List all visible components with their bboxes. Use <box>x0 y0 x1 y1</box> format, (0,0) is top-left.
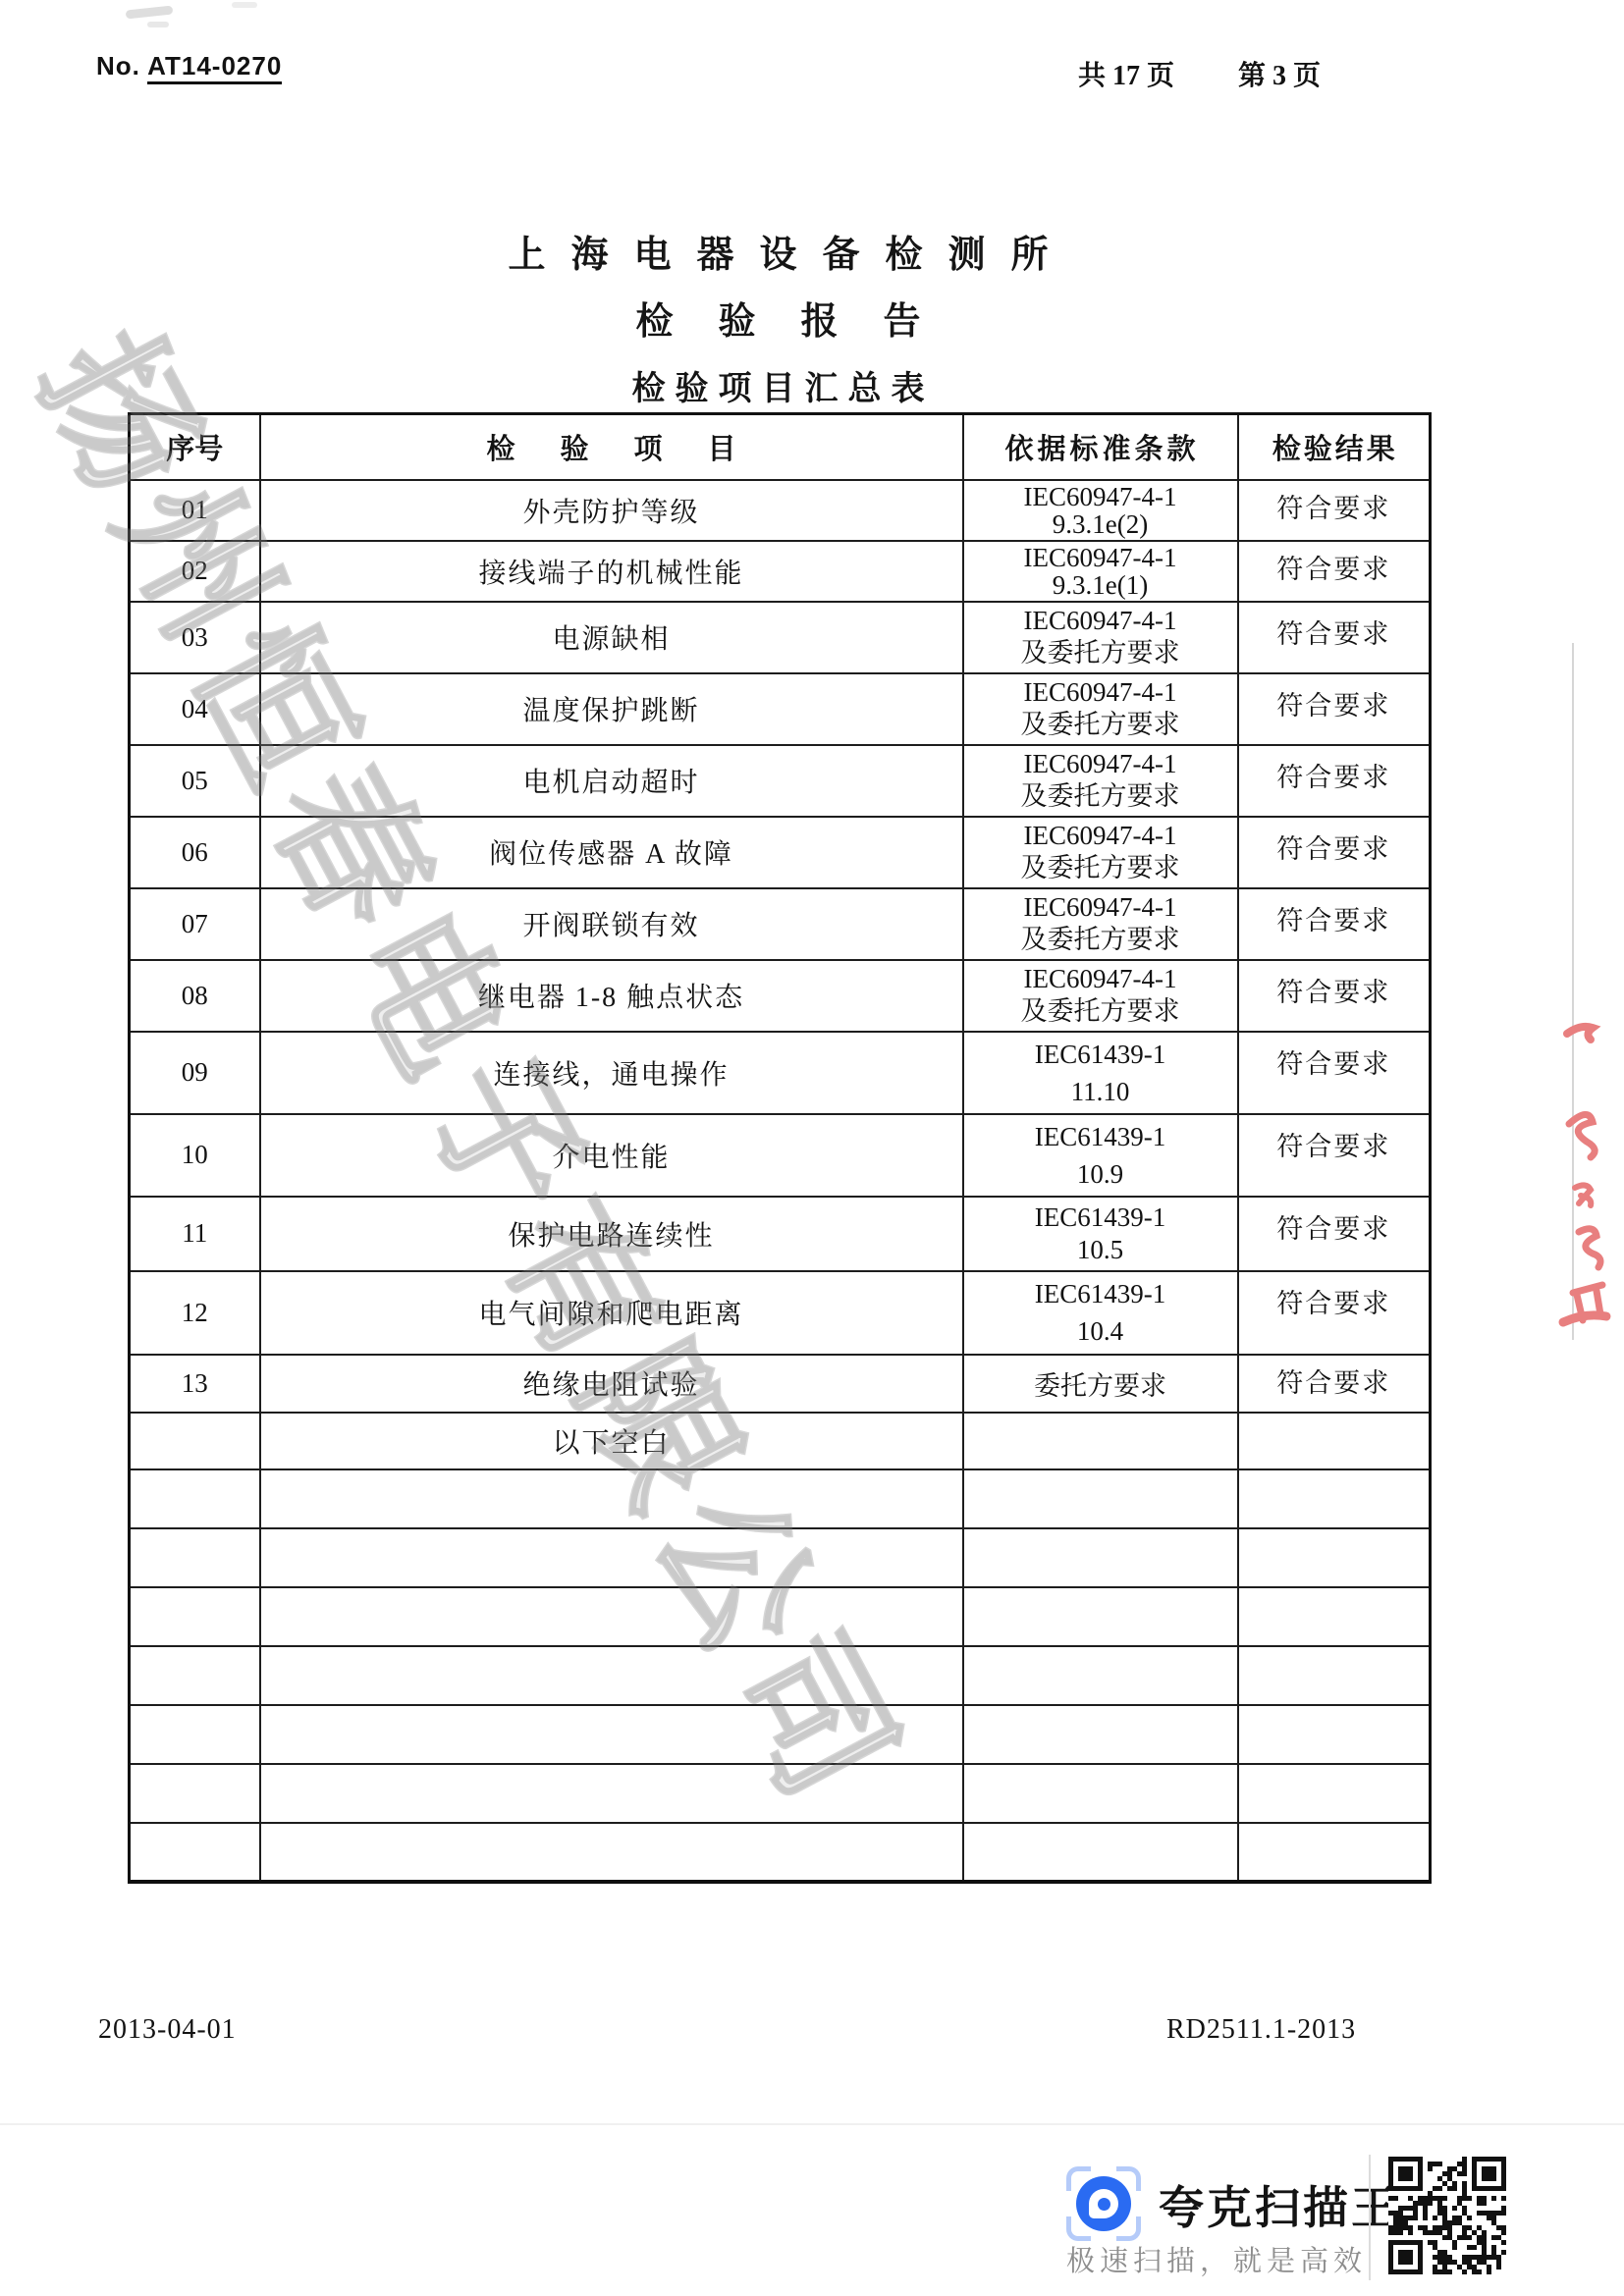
cell-standard: IEC60947-4-19.3.1e(2) <box>963 480 1238 541</box>
quark-logo-dot-icon <box>1098 2198 1110 2211</box>
scanner-app-name: 夸克扫描王 <box>1159 2172 1399 2237</box>
header-item: 检验项目 <box>260 414 963 480</box>
table-row: 04温度保护跳断IEC60947-4-1及委托方要求符合要求 <box>130 673 1431 745</box>
cell-no: 02 <box>130 541 260 602</box>
cell-standard: IEC60947-4-1及委托方要求 <box>963 745 1238 817</box>
cell-result: 符合要求 <box>1238 673 1431 745</box>
current-page: 第 3 页 <box>1238 54 1321 93</box>
table-header-row: 序号 检验项目 依据标准条款 检验结果 <box>130 414 1431 480</box>
cell-standard: IEC60947-4-1及委托方要求 <box>963 960 1238 1032</box>
cell-standard: IEC60947-4-1及委托方要求 <box>963 602 1238 673</box>
scanned-report-page: No. AT14-0270 共 17 页 第 3 页 上海电器设备检测所 检验报… <box>0 0 1624 2296</box>
cell-standard: IEC61439-111.10 <box>963 1032 1238 1114</box>
cell-result: 符合要求 <box>1238 817 1431 888</box>
cell-no <box>130 1413 260 1469</box>
cell-result: 符合要求 <box>1238 745 1431 817</box>
scanner-slogan: 极速扫描，就是高效 <box>1066 2239 1367 2279</box>
scan-artifact <box>232 2 257 8</box>
quark-logo-circle-icon <box>1076 2176 1131 2231</box>
scan-artifact <box>147 22 169 27</box>
cell-no <box>130 1823 260 1882</box>
cell-item: 阀位传感器 A 故障 <box>260 817 963 888</box>
cell-result <box>1238 1528 1431 1587</box>
cell-item <box>260 1705 963 1764</box>
cell-standard <box>963 1705 1238 1764</box>
cell-standard: IEC61439-110.4 <box>963 1271 1238 1355</box>
cell-no: 01 <box>130 480 260 541</box>
cell-standard: 委托方要求 <box>963 1355 1238 1413</box>
table-row <box>130 1823 1431 1882</box>
cell-no <box>130 1587 260 1646</box>
cell-item: 保护电路连续性 <box>260 1197 963 1271</box>
header-standard: 依据标准条款 <box>963 414 1238 480</box>
report-date: 2013-04-01 <box>98 2014 237 2046</box>
cell-no: 13 <box>130 1355 260 1413</box>
cell-result: 符合要求 <box>1238 888 1431 960</box>
table-row: 12电气间隙和爬电距离IEC61439-110.4符合要求 <box>130 1271 1431 1355</box>
cell-standard <box>963 1764 1238 1823</box>
cell-item: 继电器 1-8 触点状态 <box>260 960 963 1032</box>
report-number: No. AT14-0270 <box>96 51 282 81</box>
cell-no: 05 <box>130 745 260 817</box>
cell-standard: IEC61439-110.9 <box>963 1114 1238 1197</box>
inspection-summary-table: 序号 检验项目 依据标准条款 检验结果 01外壳防护等级IEC60947-4-1… <box>128 412 1432 1884</box>
cell-result <box>1238 1823 1431 1882</box>
cell-standard: IEC61439-110.5 <box>963 1197 1238 1271</box>
qr-code-icon <box>1388 2157 1506 2274</box>
cell-standard: IEC60947-4-1及委托方要求 <box>963 817 1238 888</box>
table-title: 检验项目汇总表 <box>128 361 1429 409</box>
table-row: 09连接线，通电操作IEC61439-111.10符合要求 <box>130 1032 1431 1114</box>
table-row: 08继电器 1-8 触点状态IEC60947-4-1及委托方要求符合要求 <box>130 960 1431 1032</box>
cell-item: 电气间隙和爬电距离 <box>260 1271 963 1355</box>
cell-result: 符合要求 <box>1238 1114 1431 1197</box>
handwritten-red-marks <box>1549 1006 1624 1330</box>
cell-result <box>1238 1764 1431 1823</box>
cell-item <box>260 1469 963 1528</box>
cell-standard: IEC60947-4-19.3.1e(1) <box>963 541 1238 602</box>
cell-no <box>130 1528 260 1587</box>
total-pages: 共 17 页 <box>1078 54 1174 93</box>
table-row: 03电源缺相IEC60947-4-1及委托方要求符合要求 <box>130 602 1431 673</box>
cell-no: 03 <box>130 602 260 673</box>
cell-item: 以下空白 <box>260 1413 963 1469</box>
cell-item <box>260 1587 963 1646</box>
table-row <box>130 1646 1431 1705</box>
footer-divider <box>1369 2155 1371 2280</box>
cell-standard <box>963 1528 1238 1587</box>
cell-result: 符合要求 <box>1238 1355 1431 1413</box>
table-row <box>130 1764 1431 1823</box>
cell-item <box>260 1646 963 1705</box>
document-code: RD2511.1-2013 <box>1166 2014 1356 2046</box>
table-row: 13绝缘电阻试验委托方要求符合要求 <box>130 1355 1431 1413</box>
cell-item: 接线端子的机械性能 <box>260 541 963 602</box>
cell-standard: IEC60947-4-1及委托方要求 <box>963 673 1238 745</box>
cell-result <box>1238 1587 1431 1646</box>
scan-artifact <box>126 6 174 20</box>
scanner-logo-icon <box>1066 2166 1141 2241</box>
cell-item: 外壳防护等级 <box>260 480 963 541</box>
cell-no <box>130 1469 260 1528</box>
cell-result: 符合要求 <box>1238 541 1431 602</box>
cell-standard <box>963 1469 1238 1528</box>
table-row: 05电机启动超时IEC60947-4-1及委托方要求符合要求 <box>130 745 1431 817</box>
cell-item: 开阀联锁有效 <box>260 888 963 960</box>
cell-no: 04 <box>130 673 260 745</box>
cell-standard <box>963 1823 1238 1882</box>
cell-standard <box>963 1587 1238 1646</box>
header-no: 序号 <box>130 414 260 480</box>
table-row: 01外壳防护等级IEC60947-4-19.3.1e(2)符合要求 <box>130 480 1431 541</box>
title-block: 上海电器设备检测所 检验报告 检验项目汇总表 <box>128 224 1429 409</box>
cell-standard <box>963 1646 1238 1705</box>
report-number-value: AT14-0270 <box>147 51 282 84</box>
cell-result: 符合要求 <box>1238 1197 1431 1271</box>
cell-result <box>1238 1413 1431 1469</box>
table-row: 10介电性能IEC61439-110.9符合要求 <box>130 1114 1431 1197</box>
table-row: 06阀位传感器 A 故障IEC60947-4-1及委托方要求符合要求 <box>130 817 1431 888</box>
table-row: 07开阀联锁有效IEC60947-4-1及委托方要求符合要求 <box>130 888 1431 960</box>
cell-no: 11 <box>130 1197 260 1271</box>
cell-no: 08 <box>130 960 260 1032</box>
cell-result <box>1238 1469 1431 1528</box>
table-row: 02接线端子的机械性能IEC60947-4-19.3.1e(1)符合要求 <box>130 541 1431 602</box>
cell-item <box>260 1764 963 1823</box>
table-row <box>130 1587 1431 1646</box>
cell-no: 06 <box>130 817 260 888</box>
cell-result: 符合要求 <box>1238 1032 1431 1114</box>
cell-item: 温度保护跳断 <box>260 673 963 745</box>
cell-result: 符合要求 <box>1238 1271 1431 1355</box>
table-row: 11保护电路连续性IEC61439-110.5符合要求 <box>130 1197 1431 1271</box>
cell-no: 07 <box>130 888 260 960</box>
cell-no: 10 <box>130 1114 260 1197</box>
cell-result: 符合要求 <box>1238 480 1431 541</box>
organization-title: 上海电器设备检测所 <box>128 224 1429 278</box>
cell-standard: IEC60947-4-1及委托方要求 <box>963 888 1238 960</box>
cell-item: 电机启动超时 <box>260 745 963 817</box>
page-counter: 共 17 页 第 3 页 <box>1078 54 1321 93</box>
cell-no <box>130 1646 260 1705</box>
cell-item <box>260 1528 963 1587</box>
cell-item: 连接线，通电操作 <box>260 1032 963 1114</box>
cell-item: 介电性能 <box>260 1114 963 1197</box>
report-number-label: No. <box>96 51 140 80</box>
table-row <box>130 1469 1431 1528</box>
cell-no: 12 <box>130 1271 260 1355</box>
cell-result: 符合要求 <box>1238 960 1431 1032</box>
header-result: 检验结果 <box>1238 414 1431 480</box>
scanner-footer-bar: 夸克扫描王 极速扫描，就是高效 <box>0 2123 1624 2296</box>
cell-result <box>1238 1646 1431 1705</box>
cell-no <box>130 1705 260 1764</box>
cell-item: 电源缺相 <box>260 602 963 673</box>
cell-result: 符合要求 <box>1238 602 1431 673</box>
summary-table-body: 01外壳防护等级IEC60947-4-19.3.1e(2)符合要求02接线端子的… <box>130 480 1431 1882</box>
cell-item: 绝缘电阻试验 <box>260 1355 963 1413</box>
report-title: 检验报告 <box>128 291 1429 345</box>
cell-no: 09 <box>130 1032 260 1114</box>
table-row: 以下空白 <box>130 1413 1431 1469</box>
table-row <box>130 1528 1431 1587</box>
cell-no <box>130 1764 260 1823</box>
cell-result <box>1238 1705 1431 1764</box>
cell-item <box>260 1823 963 1882</box>
table-row <box>130 1705 1431 1764</box>
cell-standard <box>963 1413 1238 1469</box>
